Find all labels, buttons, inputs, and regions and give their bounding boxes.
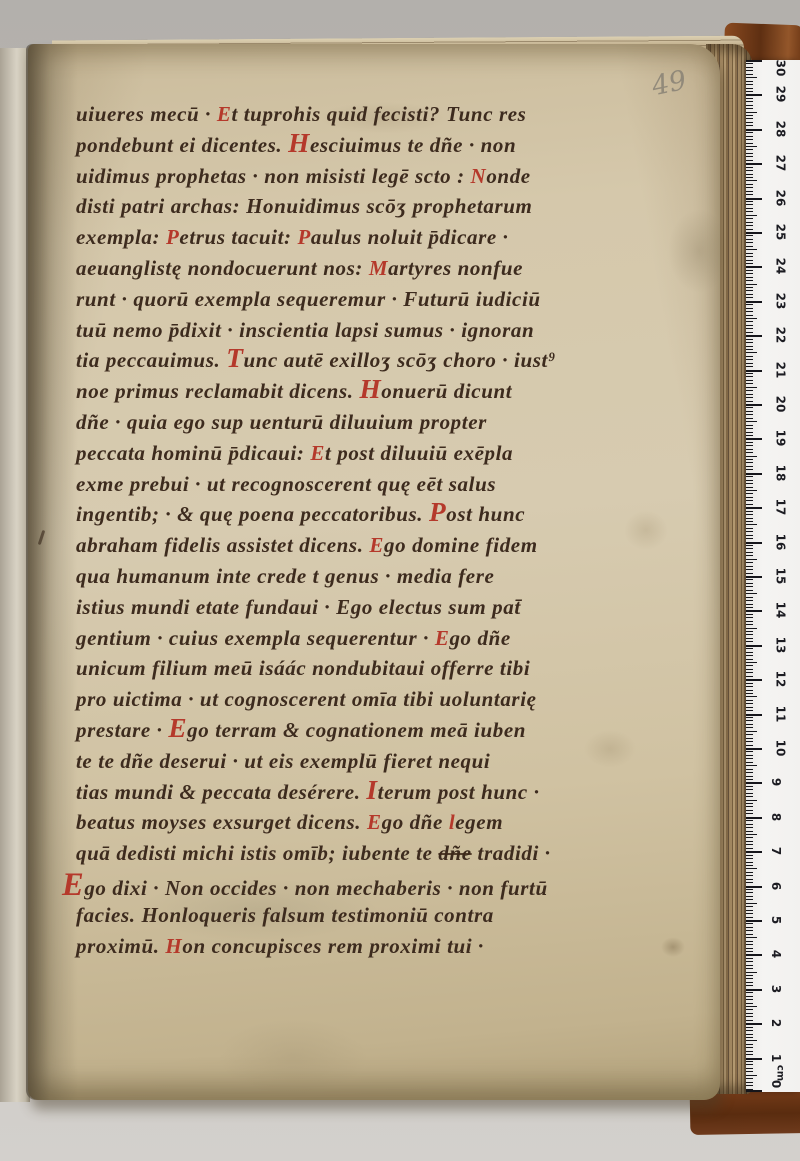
ruler-tick: [746, 882, 753, 883]
text-segment: terum post hunc ·: [378, 780, 540, 804]
rubric-initial: E: [369, 533, 384, 557]
manuscript-line: abraham fidelis assistet dicens. Ego dom…: [76, 530, 666, 561]
ruler-tick: [746, 917, 753, 918]
ruler-tick: [746, 851, 762, 853]
text-segment: esciuimus te dñe · non: [310, 133, 516, 157]
ruler-tick: [746, 524, 757, 525]
ruler-tick: [746, 758, 753, 759]
ruler-tick: [746, 239, 753, 240]
ruler-tick: [746, 923, 753, 924]
ruler-tick: [746, 136, 753, 137]
manuscript-line: peccata hominū p̄dicaui: Et post diluuiū…: [76, 438, 666, 469]
text-segment: tia peccauimus.: [76, 348, 226, 372]
ruler-tick: [746, 604, 753, 605]
ruler-tick: [746, 865, 753, 866]
ruler-tick: [746, 827, 753, 828]
text-segment: go domine fidem: [384, 533, 538, 557]
rubric-initial: I: [366, 775, 377, 805]
ruler-tick: [746, 105, 753, 106]
ruler-tick: [746, 390, 753, 391]
ruler-tick: [746, 996, 753, 997]
ruler-tick: [746, 989, 762, 991]
ruler-tick: [746, 717, 753, 718]
ruler-tick: [746, 975, 753, 976]
ruler-tick: [746, 67, 753, 68]
ruler-tick: [746, 690, 753, 691]
manuscript-line: Ego dixi · Non occides · non mechaberis …: [76, 869, 666, 900]
ruler-tick: [746, 328, 753, 329]
ruler-tick: [746, 366, 753, 367]
text-segment: uiueres mecū ·: [76, 102, 217, 126]
ruler-tick: [746, 824, 753, 825]
ruler-tick: [746, 249, 757, 250]
ruler-tick: [746, 363, 753, 364]
ruler-tick: [746, 108, 753, 109]
ruler-tick: [746, 383, 753, 384]
ruler-tick: [746, 669, 753, 670]
ruler-tick: [746, 445, 753, 446]
ruler-tick: [746, 483, 753, 484]
ruler-tick: [746, 521, 753, 522]
ruler-tick: [746, 208, 753, 209]
ruler-tick: [746, 397, 753, 398]
ruler-number: 14: [773, 602, 787, 619]
ruler-tick: [746, 1040, 757, 1041]
ruler-tick: [746, 63, 753, 64]
ruler-tick: [746, 844, 753, 845]
ruler-tick: [746, 1023, 762, 1025]
ruler-tick: [746, 435, 753, 436]
ruler-tick: [746, 469, 753, 470]
ruler-tick: [746, 772, 753, 773]
rubric-initial: E: [62, 867, 84, 903]
ruler-tick: [746, 1027, 753, 1028]
text-segment: noe primus reclamabit dicens.: [76, 379, 359, 403]
rubric-initial: E: [217, 102, 232, 126]
ruler-tick: [746, 965, 753, 966]
ruler-tick: [746, 786, 753, 787]
ruler-tick: [746, 659, 753, 660]
ruler-tick: [746, 573, 753, 574]
ruler-tick: [746, 325, 753, 326]
rubric-initial: E: [310, 441, 325, 465]
ruler-tick: [746, 985, 753, 986]
ruler-tick: [746, 418, 753, 419]
manuscript-line: prestare · Ego terram & cognationem meā …: [76, 715, 666, 746]
ruler-tick: [746, 101, 753, 102]
text-segment: peccata hominū p̄dicaui:: [76, 441, 310, 465]
manuscript-line: proximū. Hon concupisces rem proximi tui…: [76, 931, 666, 962]
ruler-tick: [746, 253, 753, 254]
ruler-number: 23: [773, 292, 787, 309]
ruler-number: 11: [773, 705, 787, 722]
ruler-tick: [746, 621, 753, 622]
ruler-tick: [746, 951, 753, 952]
ruler-tick: [746, 432, 753, 433]
ruler-tick: [746, 376, 753, 377]
ruler-tick: [746, 232, 762, 234]
ruler-tick: [746, 559, 757, 560]
text-segment: uidimus prophetas · non misisti legē sct…: [76, 164, 471, 188]
ruler-number: 6: [769, 881, 783, 889]
ruler-tick: [746, 806, 753, 807]
manuscript-line: noe primus reclamabit dicens. Honuerū di…: [76, 376, 666, 407]
ruler-tick: [746, 115, 753, 116]
ruler-tick: [746, 294, 753, 295]
manuscript-line: facies. Honloqueris falsum testimoniū co…: [76, 900, 666, 931]
ruler-tick: [746, 98, 753, 99]
rubric-initial: P: [429, 497, 446, 527]
manuscript-line: tuū nemo p̄dixit · inscientia lapsi sumu…: [76, 315, 666, 346]
ruler-tick: [746, 634, 753, 635]
ruler-number: 27: [773, 155, 787, 172]
ruler-tick: [746, 886, 762, 888]
ruler-tick: [746, 218, 753, 219]
ruler-tick: [746, 531, 753, 532]
ruler-tick: [746, 906, 753, 907]
text-segment: qua humanum inte crede t genus · media f…: [76, 564, 494, 588]
text-segment: quā dedisti michi istis omīb; iubente te: [76, 841, 438, 865]
ruler-tick: [746, 500, 753, 501]
ruler-tick: [746, 184, 753, 185]
ruler-tick: [746, 528, 753, 529]
text-segment: dñe: [438, 841, 471, 865]
ruler-tick: [746, 407, 753, 408]
ruler-tick: [746, 414, 753, 415]
text-segment: tradidi ·: [472, 841, 551, 865]
ruler-tick: [746, 999, 753, 1000]
text-segment: disti patri archas: Honuidimus scōʒ prop…: [76, 194, 532, 218]
ruler-number: 21: [773, 361, 787, 378]
ruler-tick: [746, 425, 753, 426]
manuscript-line: exempla: Petrus tacuit: Paulus noluit p̄…: [76, 222, 666, 253]
text-segment: exme prebui · ut recognoscerent quę eēt …: [76, 472, 496, 496]
ruler-tick: [746, 60, 762, 62]
ruler-tick: [746, 652, 753, 653]
ruler-tick: [746, 948, 753, 949]
ruler-number: 16: [773, 533, 787, 550]
ruler-tick: [746, 748, 762, 750]
ruler-tick: [746, 548, 753, 549]
ruler-tick: [746, 1089, 753, 1090]
manuscript-line: runt · quorū exempla sequeremur · Futurū…: [76, 284, 666, 315]
ruler-tick: [746, 724, 753, 725]
ruler-tick: [746, 466, 753, 467]
ruler-tick: [746, 765, 757, 766]
ruler-tick: [746, 518, 753, 519]
ruler-tick: [746, 800, 757, 801]
ruler-tick: [746, 246, 753, 247]
text-segment: beatus moyses exsurget dicens.: [76, 810, 367, 834]
text-segment: te te dñe deserui · ut eis exemplū fiere…: [76, 749, 490, 773]
ruler-tick: [746, 235, 753, 236]
ruler-tick: [746, 473, 762, 475]
text-segment: pro uictima · ut cognoscerent omīa tibi …: [76, 687, 537, 711]
ruler-tick: [746, 899, 753, 900]
ruler-tick: [746, 703, 753, 704]
ruler-number: 17: [773, 499, 787, 516]
ruler-tick: [746, 497, 753, 498]
ruler-tick: [746, 751, 753, 752]
ruler-tick: [746, 1030, 753, 1031]
ruler-tick: [746, 714, 762, 716]
ruler-tick: [746, 913, 753, 914]
ruler-tick: [746, 930, 753, 931]
manuscript-line: aeuanglistę nondocuerunt nos: Martyres n…: [76, 253, 666, 284]
ruler-tick: [746, 903, 757, 904]
text-segment: facies. Honloqueris falsum testimoniū co…: [76, 903, 494, 927]
ruler-tick: [746, 779, 753, 780]
ruler-tick: [746, 1013, 753, 1014]
text-segment: aeuanglistę nondocuerunt nos:: [76, 256, 369, 280]
ruler-tick: [746, 600, 753, 601]
text-segment: etrus tacuit:: [179, 225, 297, 249]
ruler-tick: [746, 1061, 753, 1062]
ruler-tick: [746, 834, 757, 835]
text-segment: go dixi · Non occides · non mechaberis ·…: [84, 876, 547, 900]
ruler-number: 12: [773, 671, 787, 688]
text-segment: onuerū dicunt: [381, 379, 512, 403]
ruler-tick: [746, 590, 753, 591]
text-segment: istius mundi etate fundaui · Ego electus…: [76, 595, 521, 619]
ruler-number: 9: [769, 778, 783, 786]
ruler-tick: [746, 160, 753, 161]
ruler-tick: [746, 487, 753, 488]
ruler-tick: [746, 662, 757, 663]
ruler-number: 18: [773, 464, 787, 481]
ruler-tick: [746, 112, 757, 113]
ruler-tick: [746, 125, 753, 126]
ruler-tick: [746, 672, 753, 673]
ruler-tick: [746, 308, 753, 309]
ruler-number: 4: [769, 950, 783, 958]
ruler-tick: [746, 1085, 753, 1086]
ruler-number: 8: [769, 813, 783, 821]
ruler-tick: [746, 1075, 757, 1076]
text-segment: tias mundi & peccata desérere.: [76, 780, 366, 804]
manuscript-line: uiueres mecū · Et tuprohis quid fecisti?…: [76, 99, 666, 130]
ruler-tick: [746, 191, 753, 192]
ruler-tick: [746, 638, 753, 639]
manuscript-text: uiueres mecū · Et tuprohis quid fecisti?…: [76, 99, 666, 961]
ruler-tick: [746, 84, 753, 85]
ruler-tick: [746, 507, 762, 509]
ruler-tick: [746, 280, 753, 281]
ruler-tick: [746, 511, 753, 512]
rubric-initial: P: [166, 225, 179, 249]
ruler-tick: [746, 1051, 753, 1052]
text-segment: exempla:: [76, 225, 166, 249]
ruler-tick: [746, 452, 753, 453]
ruler-tick: [746, 872, 753, 873]
ruler-tick: [746, 260, 753, 261]
ruler-unit-label: cm: [775, 1065, 786, 1081]
ruler-tick: [746, 143, 753, 144]
ruler-tick: [746, 803, 753, 804]
ruler-tick: [746, 954, 762, 956]
ruler-tick: [746, 927, 753, 928]
text-segment: prestare ·: [76, 718, 168, 742]
manuscript-line: te te dñe deserui · ut eis exemplū fiere…: [76, 746, 666, 777]
ruler-tick: [746, 1078, 753, 1079]
ruler-tick: [746, 676, 753, 677]
ruler-tick: [746, 153, 753, 154]
ruler-tick: [746, 514, 753, 515]
text-segment: unc autē exilloʒ scōʒ choro · iust⁹: [243, 348, 555, 372]
ruler-tick: [746, 810, 753, 811]
ruler-tick: [746, 734, 753, 735]
ruler-tick: [746, 597, 753, 598]
text-segment: t tuprohis quid fecisti? Tunc res: [231, 102, 526, 126]
text-segment: artyres nonfue: [388, 256, 523, 280]
ruler-tick: [746, 875, 753, 876]
text-segment: ingentib; · & quę poena peccatoribus.: [76, 502, 429, 526]
ruler-tick: [746, 1034, 753, 1035]
manuscript-line: tias mundi & peccata desérere. Iterum po…: [76, 777, 666, 808]
ruler-tick: [746, 311, 753, 312]
ruler-number: 24: [773, 258, 787, 275]
ruler-tick: [746, 679, 762, 681]
text-segment: runt · quorū exempla sequeremur · Futurū…: [76, 287, 541, 311]
ruler-tick: [746, 576, 762, 578]
ruler-tick: [746, 762, 753, 763]
text-segment: pondebunt ei dicentes.: [76, 133, 288, 157]
rubric-initial: E: [168, 713, 187, 743]
ruler-tick: [746, 1016, 753, 1017]
ruler-tick: [746, 972, 757, 973]
ruler-tick: [746, 170, 753, 171]
ruler-tick: [746, 91, 753, 92]
ruler-tick: [746, 74, 753, 75]
ruler-tick: [746, 287, 753, 288]
ruler-tick: [746, 373, 753, 374]
ruler-tick: [746, 356, 753, 357]
ruler-tick: [746, 290, 753, 291]
ruler-tick: [746, 934, 753, 935]
ruler-tick: [746, 129, 762, 131]
rubric-initial: T: [226, 343, 243, 373]
ruler-tick: [746, 459, 753, 460]
ruler-tick: [746, 404, 762, 406]
parchment-stain: [218, 1019, 368, 1094]
ruler-tick: [746, 380, 753, 381]
ruler-tick: [746, 242, 753, 243]
ruler-tick: [746, 552, 753, 553]
manuscript-line: quā dedisti michi istis omīb; iubente te…: [76, 838, 666, 869]
ruler-tick: [746, 992, 753, 993]
ruler-tick: [746, 776, 753, 777]
ruler-tick: [746, 1047, 753, 1048]
text-segment: dñe · quia ego sup uenturū diluuium prop…: [76, 410, 487, 434]
ruler-tick: [746, 727, 753, 728]
ruler-tick: [746, 538, 753, 539]
ruler-tick: [746, 346, 753, 347]
text-segment: go terram & cognationem meā iuben: [187, 718, 526, 742]
ruler-tick: [746, 449, 753, 450]
ruler-tick: [746, 545, 753, 546]
ruler-tick: [746, 1058, 762, 1060]
ruler-tick: [746, 648, 753, 649]
ruler-tick: [746, 493, 753, 494]
ruler-tick: [746, 693, 753, 694]
ruler-tick: [746, 569, 753, 570]
ruler-number: 28: [773, 120, 787, 137]
ruler-tick: [746, 342, 753, 343]
ruler-tick: [746, 631, 753, 632]
ruler: 0123456789101112131415161718192021222324…: [746, 60, 800, 1092]
ruler-tick: [746, 941, 753, 942]
ruler-tick: [746, 848, 753, 849]
ruler-tick: [746, 831, 753, 832]
ruler-tick: [746, 198, 762, 200]
ruler-tick: [746, 793, 753, 794]
ruler-tick: [746, 535, 753, 536]
ruler-tick: [746, 490, 757, 491]
ruler-tick: [746, 187, 753, 188]
ruler-tick: [746, 504, 753, 505]
ruler-tick: [746, 614, 753, 615]
rubric-initial: P: [297, 225, 310, 249]
ruler-tick: [746, 579, 753, 580]
ruler-tick: [746, 817, 762, 819]
ruler-tick: [746, 225, 753, 226]
rubric-initial: M: [369, 256, 388, 280]
ruler-tick: [746, 394, 753, 395]
ruler-tick: [746, 562, 753, 563]
text-segment: abraham fidelis assistet dicens.: [76, 533, 369, 557]
ruler-number: 30: [773, 60, 787, 77]
ruler-tick: [746, 476, 753, 477]
ruler-number: 1: [769, 1053, 783, 1061]
ruler-tick: [746, 1009, 753, 1010]
text-segment: go dñe: [382, 810, 449, 834]
ruler-number: 7: [769, 847, 783, 855]
ruler-tick: [746, 566, 753, 567]
ruler-tick: [746, 607, 753, 608]
ruler-tick: [746, 81, 753, 82]
ruler-number: 26: [773, 189, 787, 206]
ruler-tick: [746, 868, 757, 869]
ruler-tick: [746, 456, 757, 457]
manuscript-line: pondebunt ei dicentes. Hesciuimus te dñe…: [76, 130, 666, 161]
ruler-tick: [746, 555, 753, 556]
ruler-tick: [746, 332, 753, 333]
manuscript-line: beatus moyses exsurget dicens. Ego dñe l…: [76, 807, 666, 838]
ruler-tick: [746, 841, 753, 842]
ruler-tick: [746, 696, 757, 697]
ruler-tick: [746, 167, 753, 168]
ruler-tick: [746, 284, 757, 285]
ruler-tick: [746, 889, 753, 890]
text-segment: proximū.: [76, 934, 165, 958]
manuscript-line: dñe · quia ego sup uenturū diluuium prop…: [76, 407, 666, 438]
ruler-tick: [746, 583, 753, 584]
manuscript-line: gentium · cuius exempla sequerentur · Eg…: [76, 623, 666, 654]
ruler-tick: [746, 339, 753, 340]
ruler-tick: [746, 146, 757, 147]
ruler-tick: [746, 263, 753, 264]
ruler-tick: [746, 1037, 753, 1038]
ruler-tick: [746, 94, 762, 96]
ruler-tick: [746, 266, 762, 268]
ruler-number: 25: [773, 224, 787, 241]
ruler-tick: [746, 273, 753, 274]
ruler-tick: [746, 1044, 753, 1045]
ruler-tick: [746, 222, 753, 223]
rubric-initial: H: [165, 934, 182, 958]
ruler-tick: [746, 211, 753, 212]
manuscript-line: pro uictima · ut cognoscerent omīa tibi …: [76, 684, 666, 715]
